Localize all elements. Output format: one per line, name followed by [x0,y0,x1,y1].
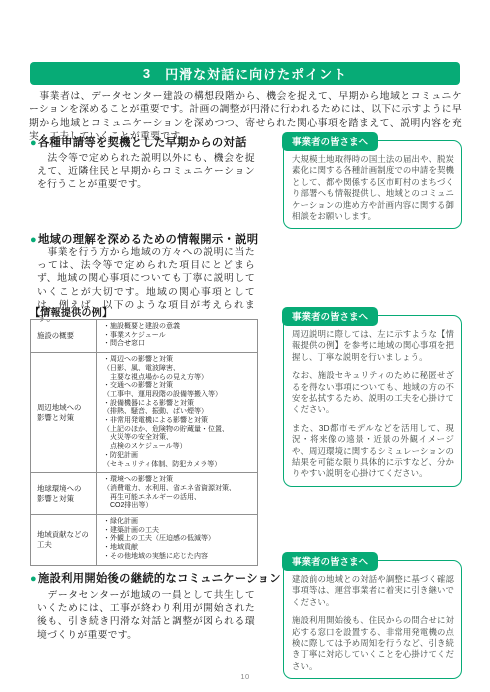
bullet-icon: ● [30,573,37,585]
row-label-cell: 施設の概要 [31,320,97,353]
page-title-bar: 3 円滑な対話に向けたポイント [30,62,460,85]
row-label-cell: 地球環境への 影響と対策 [31,473,97,515]
callout-box-to-operators-3: 事業者の皆さまへ 建設前の地域との対話や調整に基づく確認事項等は、運営事業者に着… [283,560,462,679]
callout-tab: 事業者の皆さまへ [282,132,378,151]
document-page: 3 円滑な対話に向けたポイント 事業者は、データセンター建設の構想段階から、機会… [0,0,490,692]
callout-paragraph: なお、施設セキュリティのために秘匿せざるを得ない事項についても、地域の方の不安を… [292,370,454,416]
section-body-early-dialogue: 法令等で定められた説明以外にも、機会を捉えて、近隣住民と早期からコミュニケーショ… [37,152,255,192]
page-number: 10 [0,672,490,681]
section-heading-information-disclosure: ●地域の理解を深めるための情報開示・説明 [30,231,258,247]
callout-box-to-operators-2: 事業者の皆さまへ 周辺説明に際しては、左に示すような【情報提供の例】を参考に地域… [283,315,462,487]
section-heading-text: 施設利用開始後の継続的なコミュニケーション [38,573,281,585]
callout-tab: 事業者の皆さまへ [282,552,378,571]
section-number: 3 [143,66,151,81]
bullet-icon: ● [30,137,37,149]
callout-paragraph: 建設前の地域との対話や調整に基づく確認事項等は、運営事業者に着実に引き継いでくだ… [292,574,454,608]
page-title: 円滑な対話に向けたポイント [165,64,347,83]
row-content-cell: ・環境への影響と対策 （消費電力、水利用、省エネ省資源対策、 再生可能エネルギー… [97,473,258,515]
row-label-cell: 周辺地域への 影響と対策 [31,353,97,473]
callout-box-to-operators-1: 事業者の皆さまへ 大規模土地取得時の国土法の届出や、脱炭素化に関する各種計画制度… [283,140,462,229]
table-row-facility-overview: 施設の概要 ・施設概要と建設の意義 ・事業スケジュール ・問合せ窓口 [31,320,258,353]
table-row-community-contribution: 地域貢献などの 工夫 ・緑化計画 ・建築計画の工夫 ・外観上の工夫（圧迫感の低減… [31,515,258,566]
section-heading-text: 地域の理解を深めるための情報開示・説明 [38,234,258,246]
info-table: 施設の概要 ・施設概要と建設の意義 ・事業スケジュール ・問合せ窓口 周辺地域へ… [30,319,258,566]
callout-paragraph: 施設利用開始後も、住民からの問合せに対応する窓口を設置する、非常用発電機の点検に… [292,615,454,672]
callout-paragraph: 大規模土地取得時の国土法の届出や、脱炭素化に関する各種計画制度での申請を契機とし… [292,154,454,222]
section-heading-continuous-communication: ●施設利用開始後の継続的なコミュニケーション [30,570,281,586]
section-body-continuous-communication: データセンターが地域の一員として共生していくためには、工事が終わり利用が開始され… [37,589,255,642]
callout-paragraph: また、3D都市モデルなどを活用して、現況・将来像の遠景・近景の外観イメージや、周… [292,423,454,480]
section-heading-early-dialogue: ●各種申請等を契機とした早期からの対話 [30,134,247,150]
row-label-cell: 地域貢献などの 工夫 [31,515,97,566]
info-table-label: 【情報提供の例】 [30,304,112,319]
row-content-cell: ・施設概要と建設の意義 ・事業スケジュール ・問合せ窓口 [97,320,258,353]
bullet-icon: ● [30,234,37,246]
callout-tab: 事業者の皆さまへ [282,307,378,326]
callout-paragraph: 周辺説明に際しては、左に示すような【情報提供の例】を参考に地域の関心事項を把握し… [292,329,454,363]
table-row-global-environment: 地球環境への 影響と対策 ・環境への影響と対策 （消費電力、水利用、省エネ省資源… [31,473,258,515]
table-row-surrounding-area: 周辺地域への 影響と対策 ・周辺への影響と対策 （日影、風、電波障害、 主要な視… [31,353,258,473]
section-heading-text: 各種申請等を契機とした早期からの対話 [38,137,247,149]
row-content-cell: ・緑化計画 ・建築計画の工夫 ・外観上の工夫（圧迫感の低減等） ・地域貢献 ・そ… [97,515,258,566]
row-content-cell: ・周辺への影響と対策 （日影、風、電波障害、 主要な視点場からの見え方等） ・交… [97,353,258,473]
